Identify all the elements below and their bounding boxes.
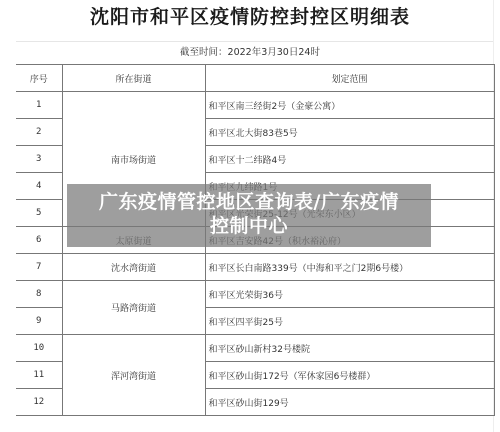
range-cell: 和平区光荣街36号 (205, 281, 494, 308)
range-cell: 和平区南三经街2号（金豪公寓） (205, 92, 494, 119)
as-of-time: 截至时间：2022年3月30日24时 (0, 46, 500, 60)
header-street: 所在街道 (62, 65, 205, 92)
street-cell: 浑河湾街道 (62, 335, 205, 416)
title-divider (16, 41, 493, 42)
range-cell: 和平区十二纬路4号 (205, 146, 494, 173)
row-no: 4 (16, 173, 62, 200)
row-no: 2 (16, 119, 62, 146)
table-row: 8 马路湾街道 和平区光荣街36号 (16, 281, 494, 308)
row-no: 8 (16, 281, 62, 308)
row-no: 10 (16, 335, 62, 362)
range-cell: 和平区砂山街129号 (205, 389, 494, 416)
range-cell: 和平区长白南路339号（中海和平之门2期6号楼） (205, 254, 494, 281)
row-no: 9 (16, 308, 62, 335)
caption-line-1: 广东疫情管控地区查询表/广东疫情 (67, 190, 431, 214)
table-row: 10 浑河湾街道 和平区砂山新村32号楼院 (16, 335, 494, 362)
caption-overlay: 广东疫情管控地区查询表/广东疫情 控制中心 (67, 184, 431, 247)
street-cell: 沈水湾街道 (62, 254, 205, 281)
row-no: 11 (16, 362, 62, 389)
table-row: 1 南市场街道 和平区南三经街2号（金豪公寓） (16, 92, 494, 119)
caption-line-2: 控制中心 (67, 214, 431, 238)
row-no: 1 (16, 92, 62, 119)
header-no: 序号 (16, 65, 62, 92)
header-range: 划定范围 (205, 65, 494, 92)
table-row: 7 沈水湾街道 和平区长白南路339号（中海和平之门2期6号楼） (16, 254, 494, 281)
document-title: 沈阳市和平区疫情防控封控区明细表 (0, 4, 500, 30)
range-cell: 和平区四平街25号 (205, 308, 494, 335)
range-cell: 和平区北大街83巷5号 (205, 119, 494, 146)
row-no: 3 (16, 146, 62, 173)
row-no: 6 (16, 227, 62, 254)
range-cell: 和平区砂山街172号（军休家园6号楼群） (205, 362, 494, 389)
row-no: 5 (16, 200, 62, 227)
table-header-row: 序号 所在街道 划定范围 (16, 65, 494, 92)
street-cell: 马路湾街道 (62, 281, 205, 335)
row-no: 12 (16, 389, 62, 416)
row-no: 7 (16, 254, 62, 281)
range-cell: 和平区砂山新村32号楼院 (205, 335, 494, 362)
